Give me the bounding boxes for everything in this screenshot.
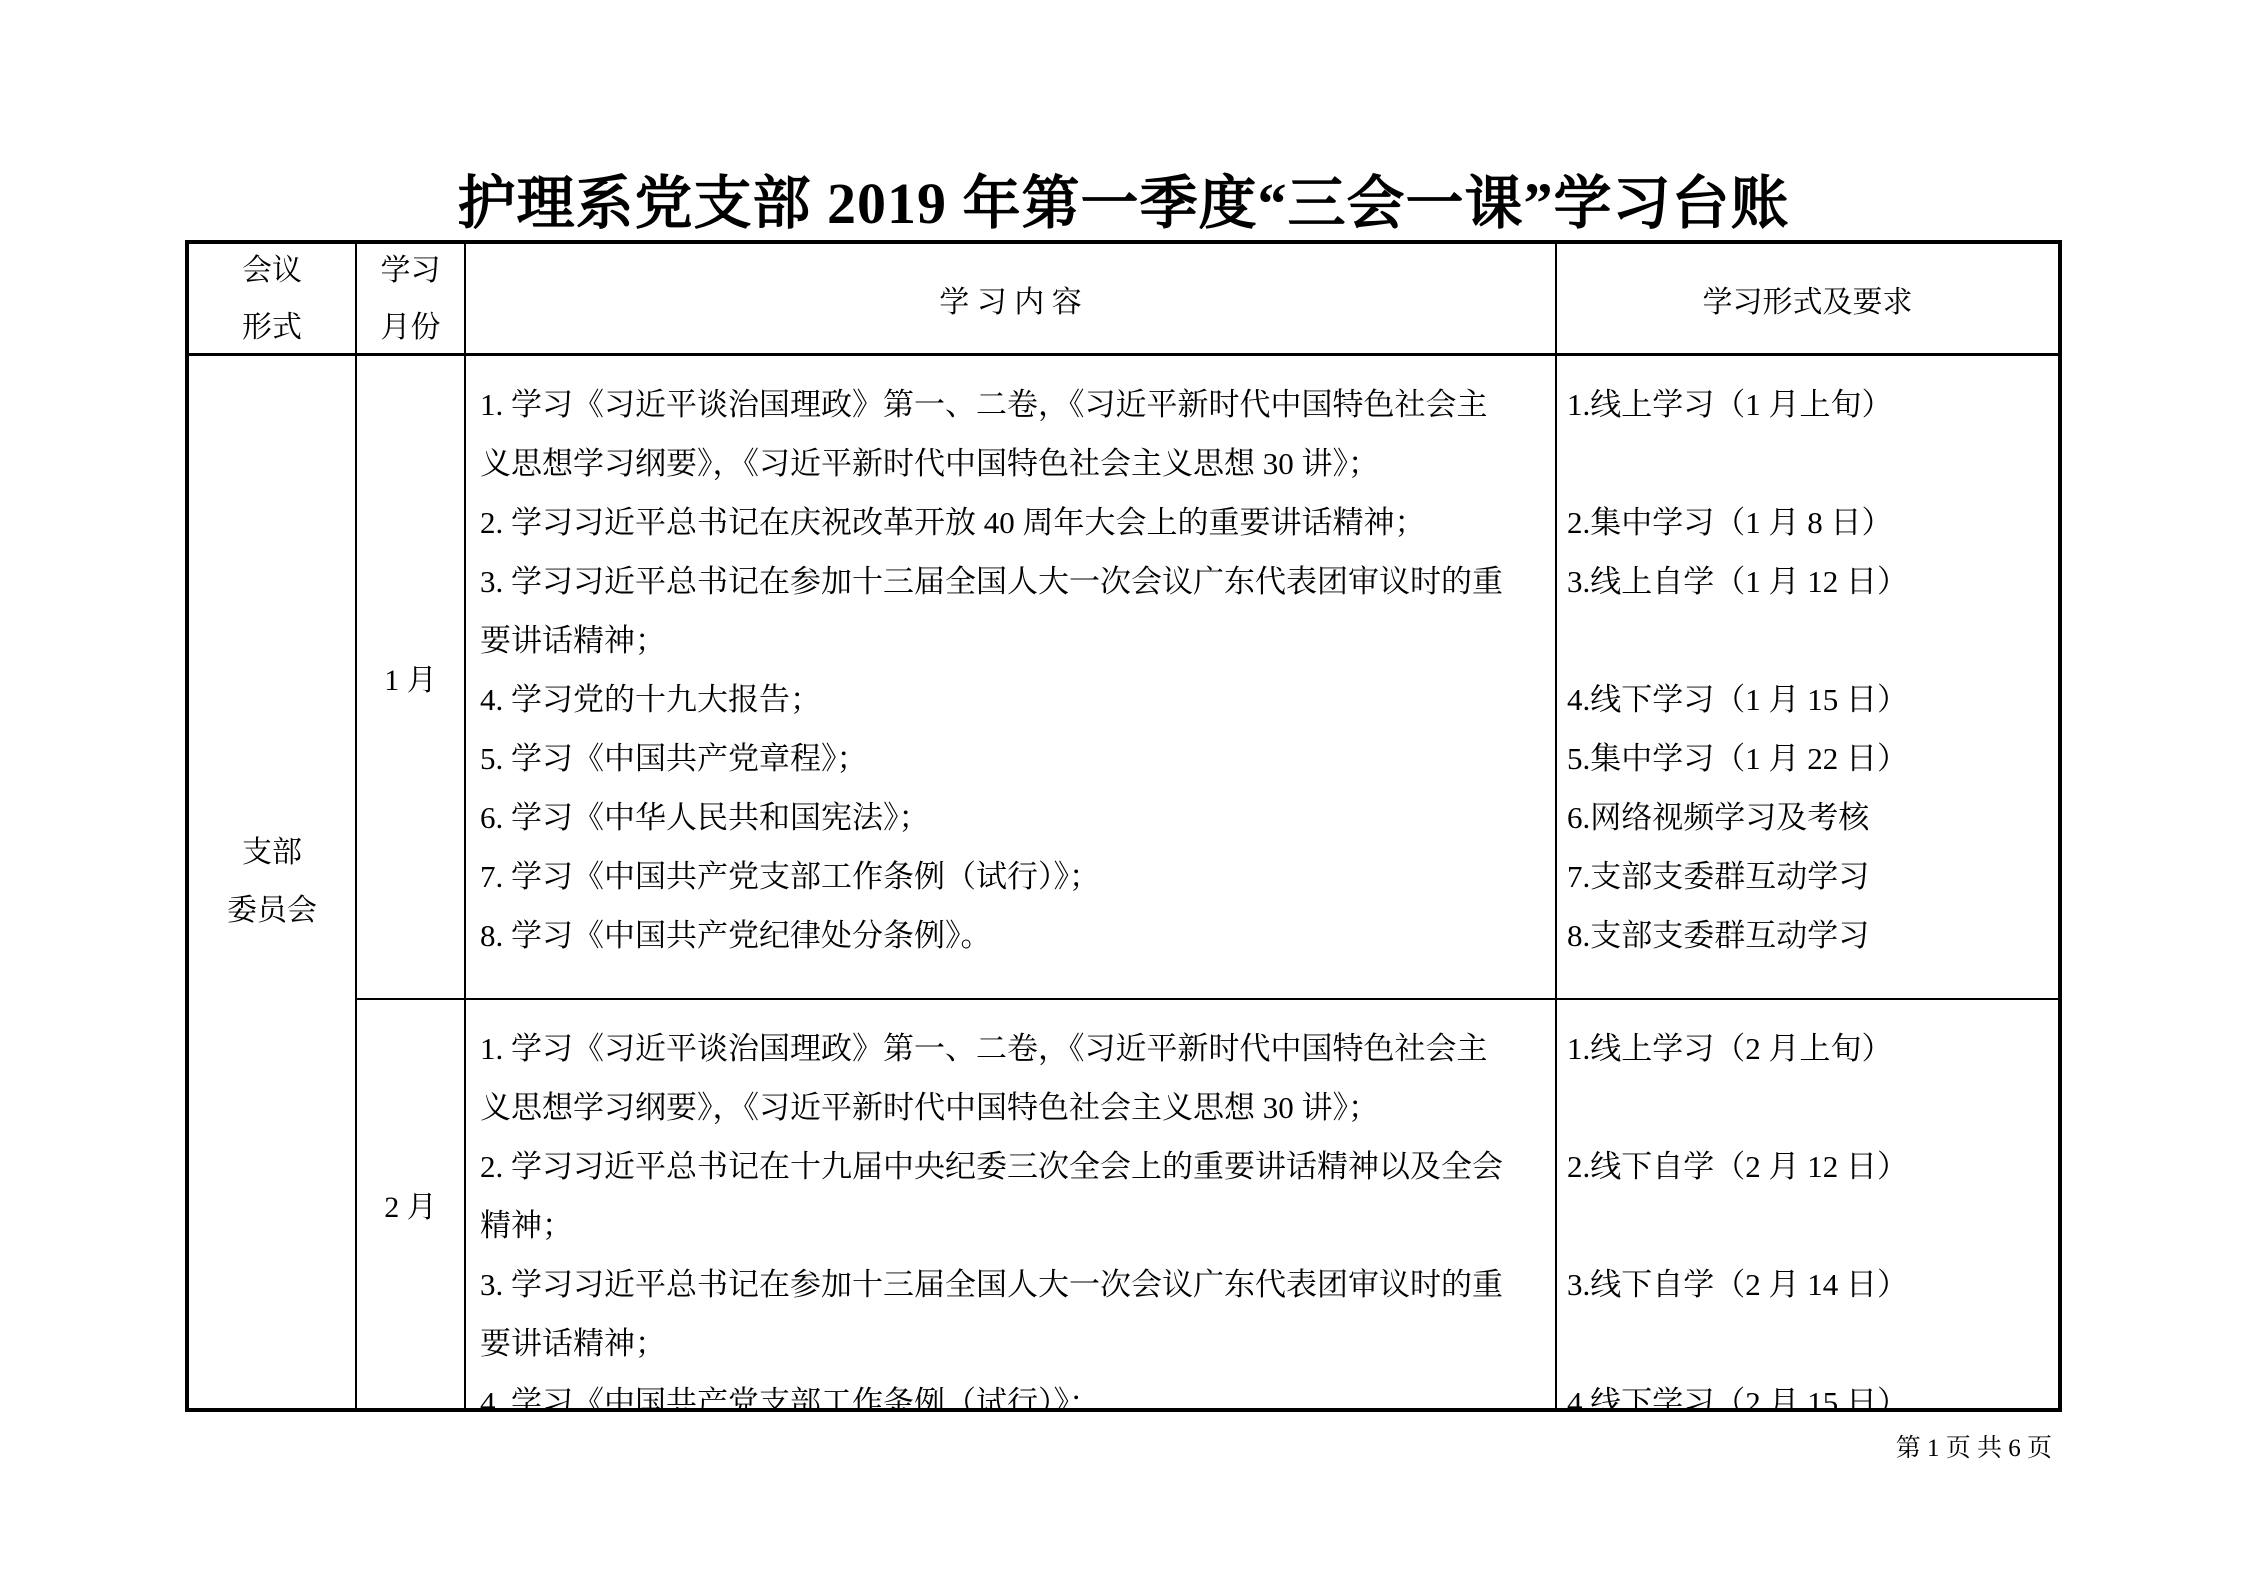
text-line: 精神； [480, 1196, 1549, 1255]
header-meeting-type: 会议形式 [189, 244, 357, 356]
month-cell-january: 1 月 [357, 356, 466, 1000]
header-study-form: 学习形式及要求 [1557, 244, 2058, 356]
study-ledger-table: 会议形式 学习月份 学 习 内 容 学习形式及要求 支部委员会 1 月 1. 学… [185, 240, 2062, 1412]
text-line: 学习 [381, 244, 441, 299]
content-cell-january: 1. 学习《习近平谈治国理政》第一、二卷，《习近平新时代中国特色社会主义思想学习… [466, 356, 1557, 1000]
page-number-footer: 第 1 页 共 6 页 [1896, 1428, 2052, 1464]
meeting-type-cell: 支部委员会 [189, 356, 357, 1408]
text-line: 1. 学习《习近平谈治国理政》第一、二卷，《习近平新时代中国特色社会主 [480, 1019, 1549, 1078]
text-line: 4.线下学习（1 月 15 日） [1567, 670, 2054, 729]
text-line: 3. 学习习近平总书记在参加十三届全国人大一次会议广东代表团审议时的重 [480, 552, 1549, 611]
text-line: 8. 学习《中国共产党纪律处分条例》。 [480, 906, 1549, 965]
text-line: 2. 学习习近平总书记在庆祝改革开放 40 周年大会上的重要讲话精神； [480, 493, 1549, 552]
text-line: 2.集中学习（1 月 8 日） [1567, 493, 2054, 552]
text-line: 6.网络视频学习及考核 [1567, 788, 2054, 847]
header-study-form-label: 学习形式及要求 [1703, 277, 1913, 321]
form-cell-january: 1.线上学习（1 月上旬） 2.集中学习（1 月 8 日）3.线上自学（1 月 … [1557, 356, 2058, 1000]
text-line: 8.支部支委群互动学习 [1567, 906, 2054, 965]
text-line [1567, 1078, 2054, 1137]
text-line: 1.线上学习（2 月上旬） [1567, 1019, 2054, 1078]
text-line: 委员会 [227, 882, 317, 940]
text-line: 5.集中学习（1 月 22 日） [1567, 729, 2054, 788]
text-line: 4.线下学习（2 月 15 日） [1567, 1373, 2054, 1408]
text-line: 要讲话精神； [480, 611, 1549, 670]
text-line: 月份 [381, 299, 441, 356]
document-page: { "page": { "title": "护理系党支部 2019 年第一季度“… [0, 0, 2245, 1587]
text-line [1567, 434, 2054, 493]
text-line: 6. 学习《中华人民共和国宪法》； [480, 788, 1549, 847]
text-line [1567, 1196, 2054, 1255]
text-line: 4. 学习党的十九大报告； [480, 670, 1549, 729]
text-line [1567, 1314, 2054, 1373]
text-line: 1. 学习《习近平谈治国理政》第一、二卷，《习近平新时代中国特色社会主 [480, 375, 1549, 434]
text-line: 义思想学习纲要》，《习近平新时代中国特色社会主义思想 30 讲》； [480, 1078, 1549, 1137]
form-cell-february: 1.线上学习（2 月上旬） 2.线下自学（2 月 12 日） 3.线下自学（2 … [1557, 1000, 2058, 1408]
page-title: 护理系党支部 2019 年第一季度“三会一课”学习台账 [185, 156, 2062, 240]
text-line: 1.线上学习（1 月上旬） [1567, 375, 2054, 434]
text-line: 义思想学习纲要》，《习近平新时代中国特色社会主义思想 30 讲》； [480, 434, 1549, 493]
content-cell-february: 1. 学习《习近平谈治国理政》第一、二卷，《习近平新时代中国特色社会主义思想学习… [466, 1000, 1557, 1408]
header-study-content-label: 学 习 内 容 [939, 277, 1082, 321]
text-line: 3.线上自学（1 月 12 日） [1567, 552, 2054, 611]
text-line: 7.支部支委群互动学习 [1567, 847, 2054, 906]
text-line: 3.线下自学（2 月 14 日） [1567, 1255, 2054, 1314]
text-line: 3. 学习习近平总书记在参加十三届全国人大一次会议广东代表团审议时的重 [480, 1255, 1549, 1314]
text-line: 形式 [242, 299, 302, 356]
month-cell-february: 2 月 [357, 1000, 466, 1408]
text-line: 5. 学习《中国共产党章程》； [480, 729, 1549, 788]
text-line: 7. 学习《中国共产党支部工作条例（试行）》； [480, 847, 1549, 906]
header-study-month: 学习月份 [357, 244, 466, 356]
text-line: 2.线下自学（2 月 12 日） [1567, 1137, 2054, 1196]
text-line: 2. 学习习近平总书记在十九届中央纪委三次全会上的重要讲话精神以及全会 [480, 1137, 1549, 1196]
text-line [1567, 611, 2054, 670]
header-study-content: 学 习 内 容 [466, 244, 1557, 356]
text-line: 要讲话精神； [480, 1314, 1549, 1373]
text-line: 支部 [242, 824, 302, 882]
text-line: 会议 [242, 244, 302, 299]
text-line: 4. 学习《中国共产党支部工作条例（试行）》； [480, 1373, 1549, 1408]
